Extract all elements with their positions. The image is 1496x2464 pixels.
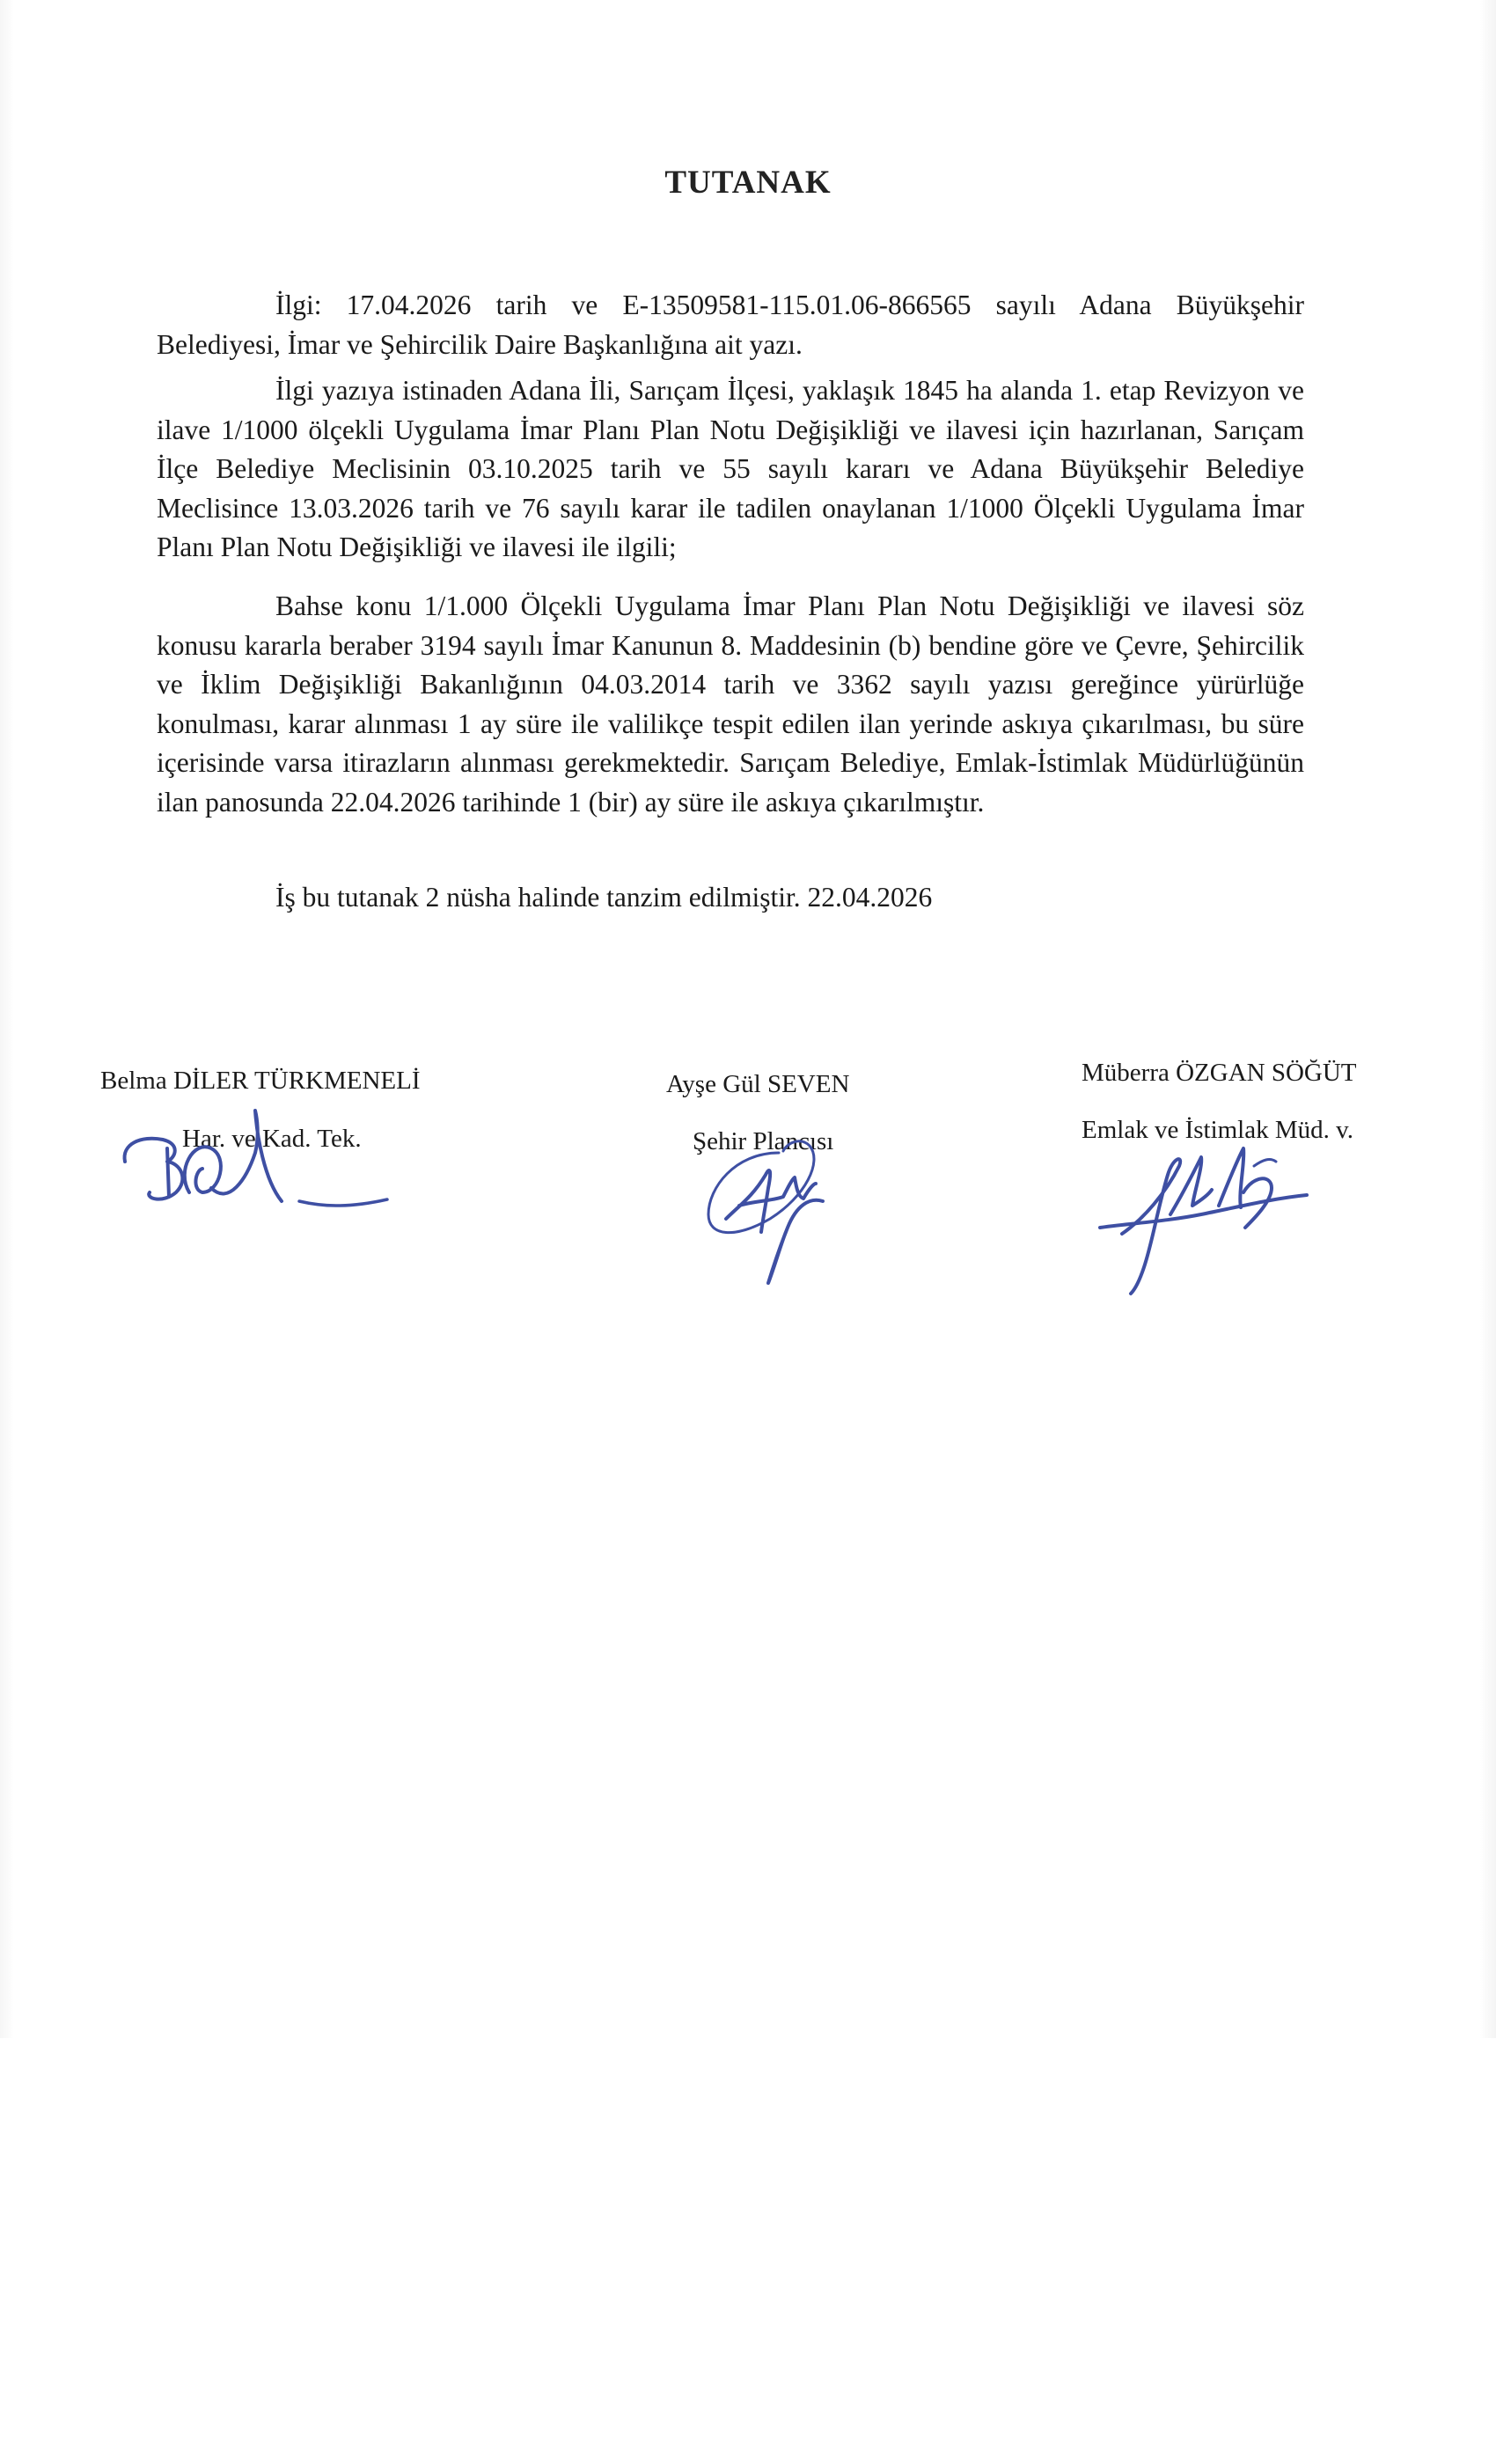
- paragraph-body: Bahse konu 1/1.000 Ölçekli Uygulama İmar…: [157, 587, 1304, 822]
- signatory-name: Ayşe Gül SEVEN: [666, 1070, 849, 1099]
- signatory-title: Emlak ve İstimlak Müd. v.: [1082, 1116, 1353, 1145]
- paragraph-text: Bahse konu 1/1.000 Ölçekli Uygulama İmar…: [157, 590, 1304, 818]
- signatory-name: Belma DİLER TÜRKMENELİ: [100, 1067, 421, 1096]
- paragraph-text: İlgi: 17.04.2026 tarih ve E-13509581-115…: [157, 290, 1304, 360]
- handwritten-signature-2: [700, 1135, 858, 1289]
- scan-edge-left: [0, 0, 14, 2038]
- paragraph-closing: İş bu tutanak 2 nüsha halinde tanzim edi…: [157, 878, 1304, 918]
- handwritten-signature-3: [1096, 1144, 1324, 1302]
- document-title: TUTANAK: [0, 164, 1496, 202]
- paragraph-context: İlgi yazıya istinaden Adana İli, Sarıçam…: [157, 371, 1304, 568]
- paragraph-reference: İlgi: 17.04.2026 tarih ve E-13509581-115…: [157, 286, 1304, 364]
- scan-edge-right: [1480, 0, 1496, 2038]
- handwritten-signature-1: [114, 1109, 396, 1214]
- paragraph-text: İlgi yazıya istinaden Adana İli, Sarıçam…: [157, 375, 1304, 562]
- signatory-name: Müberra ÖZGAN SÖĞÜT: [1082, 1059, 1357, 1088]
- paragraph-text: İş bu tutanak 2 nüsha halinde tanzim edi…: [275, 882, 932, 913]
